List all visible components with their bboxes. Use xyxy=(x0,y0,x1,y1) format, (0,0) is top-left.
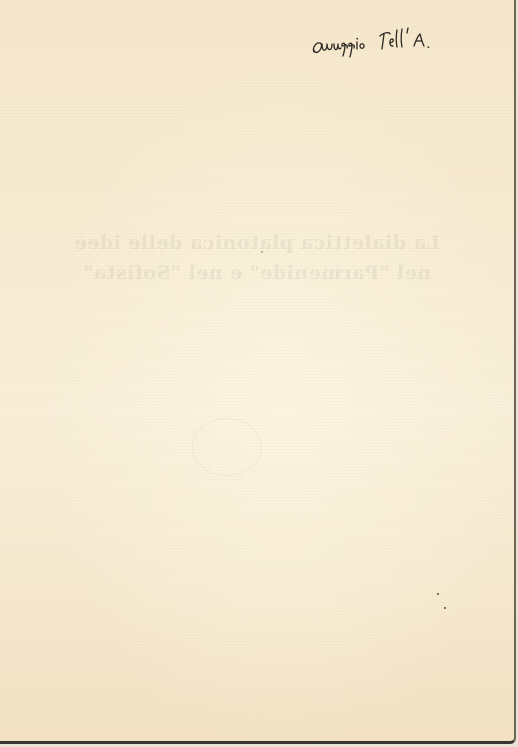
handwritten-annotation: Giuseppe Dell'A. xyxy=(310,22,460,58)
document-page: La dialettica platonica delle idee nel "… xyxy=(0,0,516,744)
paper-speck xyxy=(437,593,439,595)
paper-speck xyxy=(444,607,446,609)
show-through-title-line-2: nel "Parmenide" e nel "Sofista" xyxy=(0,262,514,284)
paper-speck xyxy=(261,251,263,253)
show-through-seal xyxy=(192,418,262,476)
show-through-title-line-1: La dialettica platonica delle idee xyxy=(0,232,514,254)
